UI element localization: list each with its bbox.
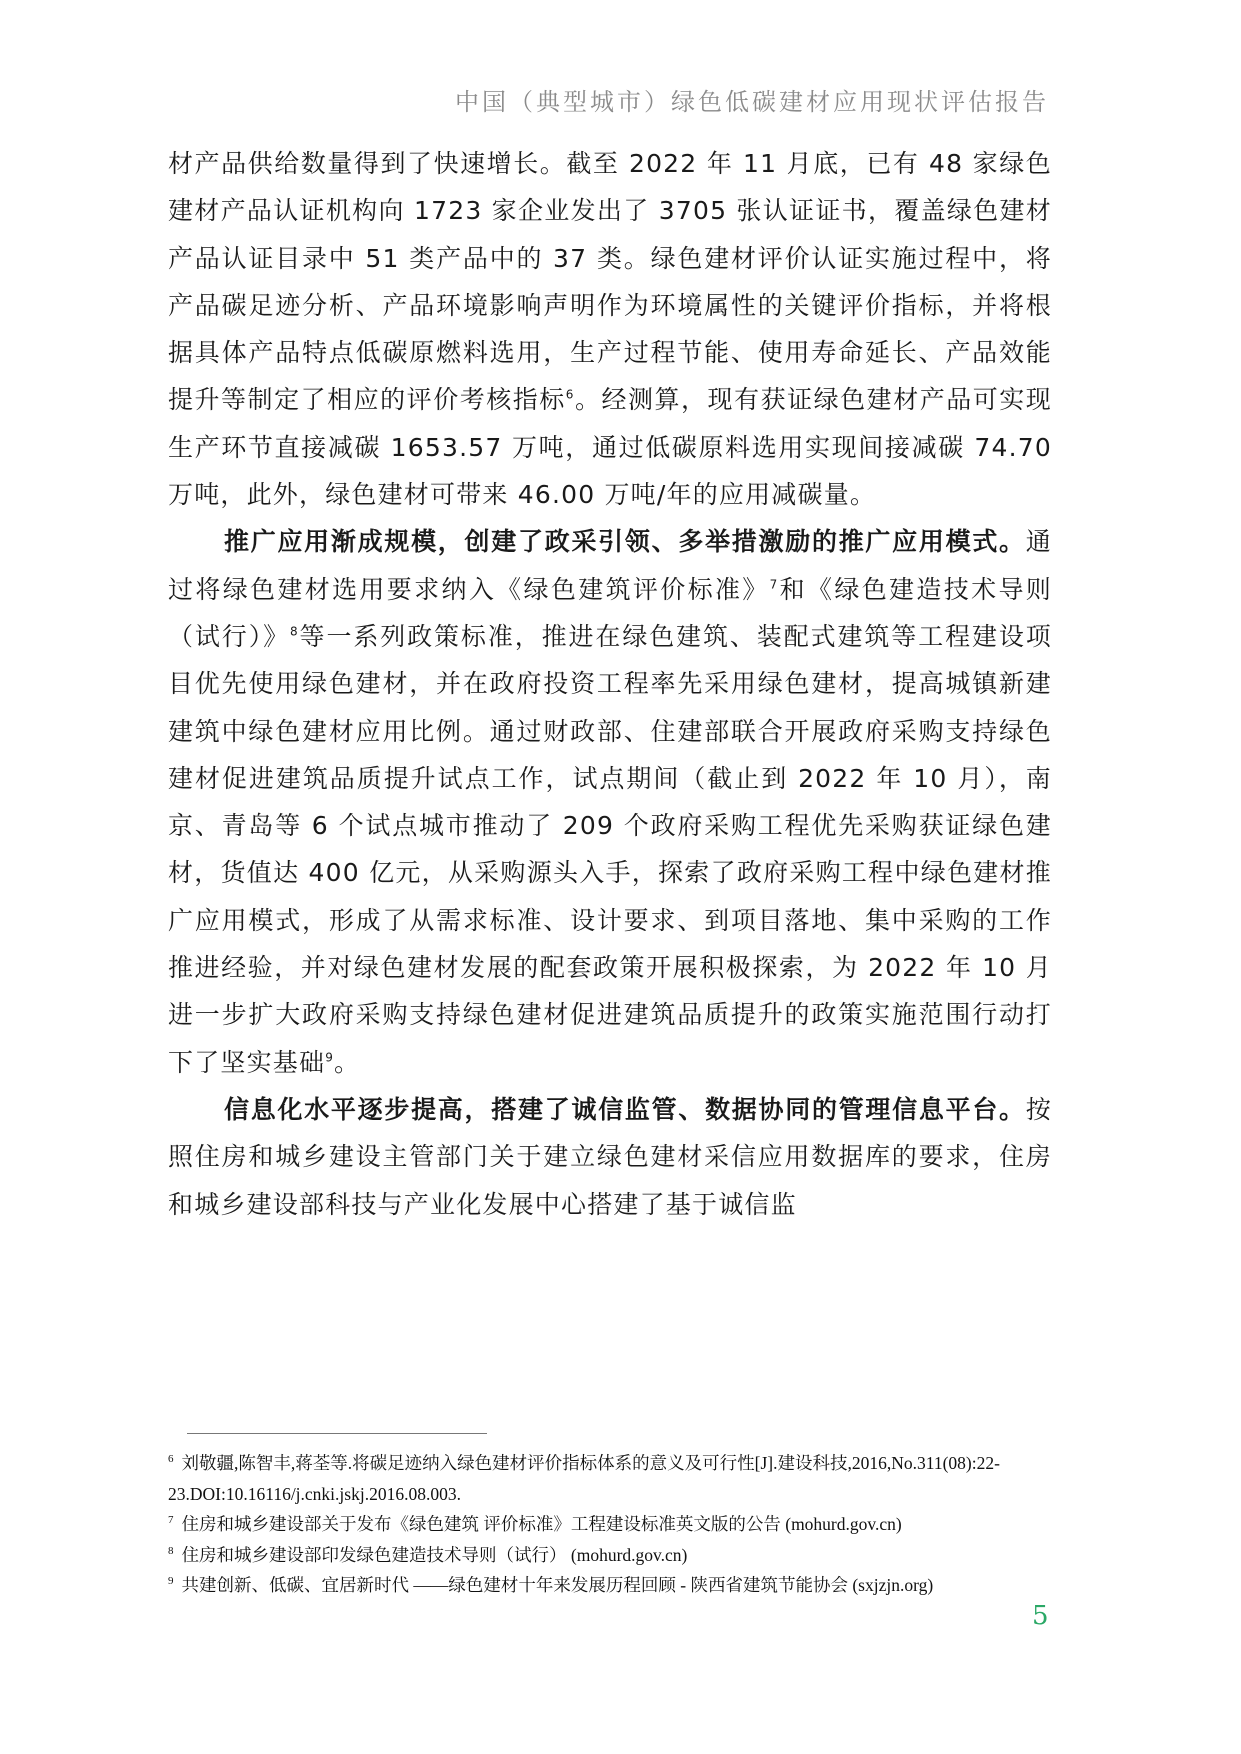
- paragraph-informatization: 信息化水平逐步提高，搭建了诚信监管、数据协同的管理信息平台。按照住房和城乡建设主…: [168, 1086, 1052, 1228]
- footnote-text: 住房和城乡建设部关于发布《绿色建筑 评价标准》工程建设标准英文版的公告 (moh…: [182, 1514, 902, 1534]
- footnote-text: 刘敬疆,陈智丰,蒋荃等.将碳足迹纳入绿色建材评价指标体系的意义及可行性[J].建…: [168, 1453, 1000, 1504]
- footnote-ref-8[interactable]: 8: [290, 625, 299, 639]
- footnotes: 6刘敬疆,陈智丰,蒋荃等.将碳足迹纳入绿色建材评价指标体系的意义及可行性[J].…: [168, 1448, 1052, 1601]
- footnote-8: 8住房和城乡建设部印发绿色建造技术导则（试行） (mohurd.gov.cn): [168, 1540, 1052, 1571]
- paragraph-heading: 推广应用渐成规模，创建了政采引领、多举措激励的推广应用模式。: [224, 527, 1026, 556]
- footnote-text: 住房和城乡建设部印发绿色建造技术导则（试行） (mohurd.gov.cn): [182, 1545, 688, 1565]
- footnote-9: 9共建创新、低碳、宜居新时代 ——绿色建材十年来发展历程回顾 - 陕西省建筑节能…: [168, 1570, 1052, 1601]
- footnote-ref-6[interactable]: 6: [566, 388, 575, 402]
- page-number: 5: [1032, 1601, 1049, 1631]
- footnote-ref-9[interactable]: 9: [325, 1050, 334, 1064]
- running-header: 中国（典型城市）绿色低碳建材应用现状评估报告: [455, 82, 1049, 117]
- footnote-number: 7: [168, 1514, 174, 1526]
- footnote-number: 9: [168, 1575, 174, 1587]
- footnote-6: 6刘敬疆,陈智丰,蒋荃等.将碳足迹纳入绿色建材评价指标体系的意义及可行性[J].…: [168, 1448, 1052, 1509]
- paragraph-promotion: 推广应用渐成规模，创建了政采引领、多举措激励的推广应用模式。通过将绿色建材选用要…: [168, 518, 1052, 1086]
- main-body: 材产品供给数量得到了快速增长。截至 2022 年 11 月底，已有 48 家绿色…: [168, 140, 1052, 1228]
- footnote-number: 6: [168, 1453, 174, 1465]
- footnote-number: 8: [168, 1545, 174, 1557]
- footnote-text: 共建创新、低碳、宜居新时代 ——绿色建材十年来发展历程回顾 - 陕西省建筑节能协…: [182, 1575, 934, 1595]
- paragraph-text: 材产品供给数量得到了快速增长。截至 2022 年 11 月底，已有 48 家绿色…: [168, 149, 1052, 414]
- paragraph-certification: 材产品供给数量得到了快速增长。截至 2022 年 11 月底，已有 48 家绿色…: [168, 140, 1052, 518]
- paragraph-text: 等一系列政策标准，推进在绿色建筑、装配式建筑等工程建设项目优先使用绿色建材，并在…: [168, 622, 1052, 1077]
- footnote-divider: [187, 1433, 487, 1434]
- paragraph-text: 。: [334, 1048, 360, 1077]
- footnote-ref-7[interactable]: 7: [770, 577, 779, 591]
- paragraph-heading: 信息化水平逐步提高，搭建了诚信监管、数据协同的管理信息平台。: [224, 1095, 1026, 1124]
- footnote-7: 7住房和城乡建设部关于发布《绿色建筑 评价标准》工程建设标准英文版的公告 (mo…: [168, 1509, 1052, 1540]
